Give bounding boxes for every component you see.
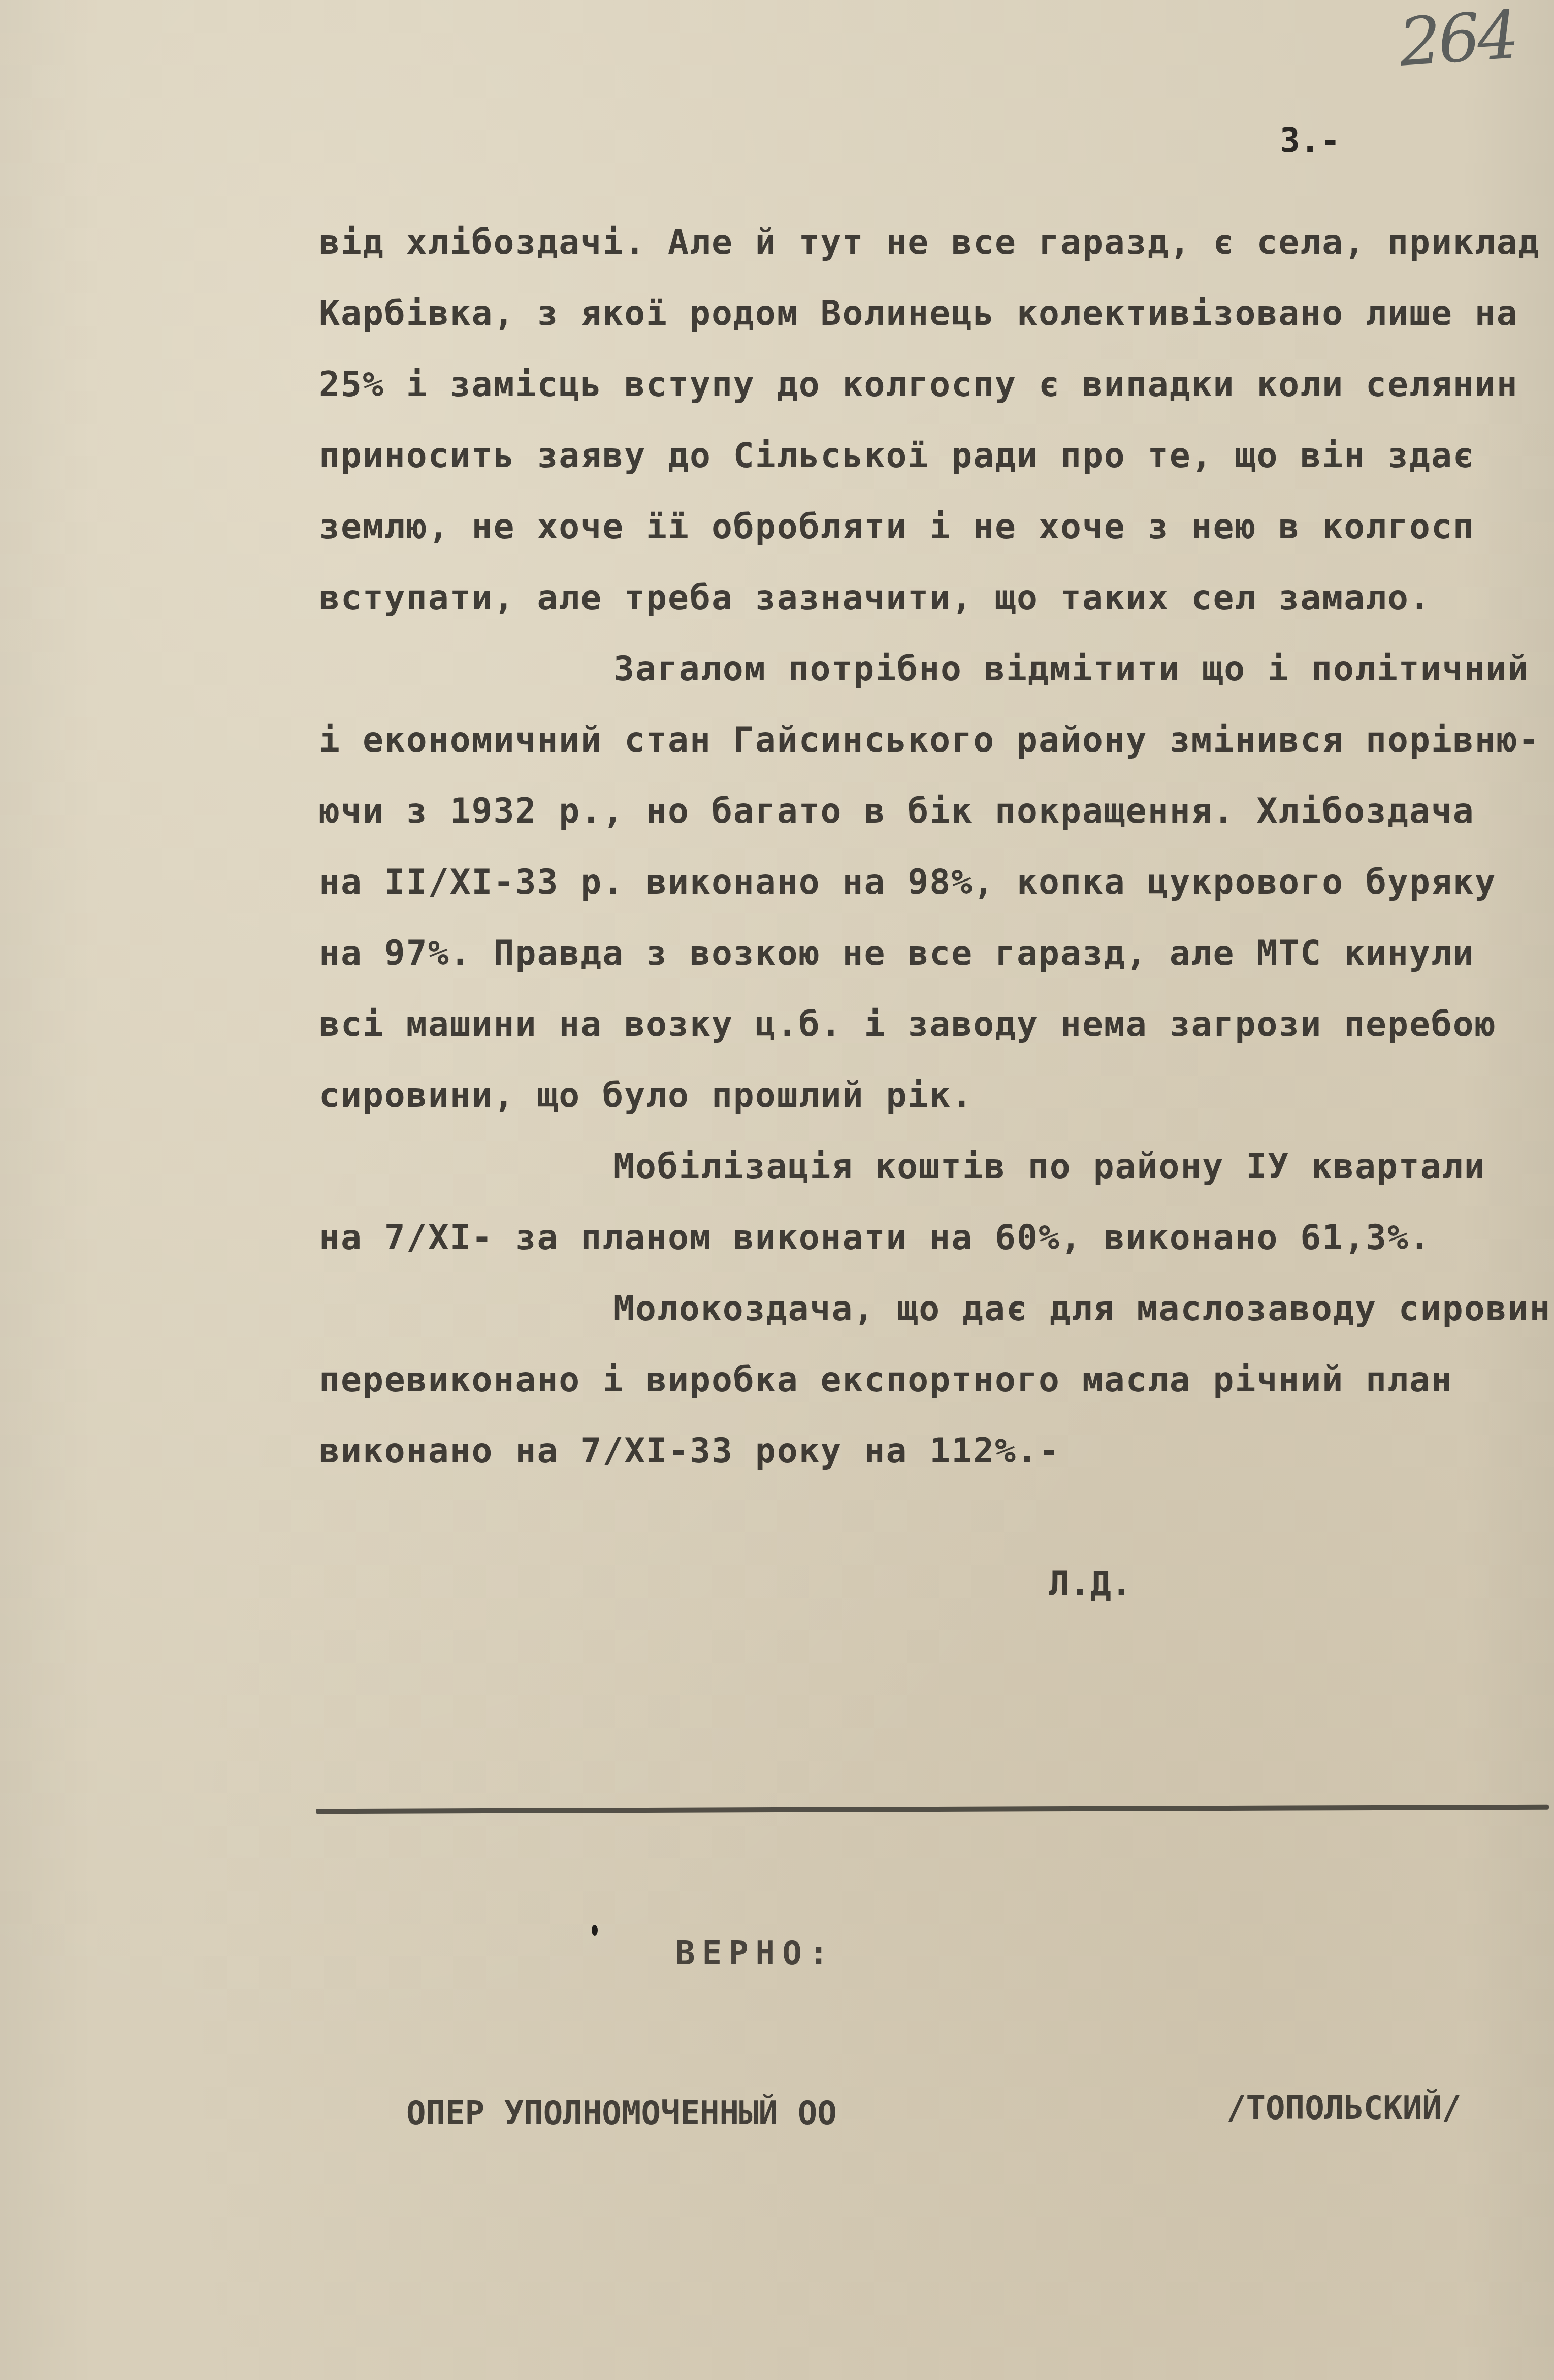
author-initials: Л.Д. [1049, 1564, 1132, 1604]
paragraph-start-line: Молокоздача, що дає для маслозаводу сиро… [319, 1274, 1554, 1345]
text-line: і економичний стан Гайсинського району з… [319, 705, 1554, 776]
text-line: всі машини на возку ц.б. і заводу нема з… [319, 989, 1554, 1060]
text-line: приносить заяву до Сільської ради про те… [319, 420, 1554, 492]
text-line: перевиконано і виробка експортного масла… [319, 1345, 1554, 1416]
signatory-name: /ТОПОЛЬСКИЙ/ [1226, 2090, 1461, 2127]
text-line: 25% і замісць вступу до колгоспу є випад… [319, 349, 1554, 420]
text-line: ючи з 1932 р., но багато в бік покращенн… [319, 776, 1554, 847]
text-line: виконано на 7/XI-33 року на 112%.- [319, 1416, 1554, 1487]
text-line: Карбівка, з якої родом Волинець колектив… [319, 278, 1554, 349]
text-line: на 97%. Правда з возкою не все гаразд, а… [319, 918, 1554, 989]
paragraph-start-line: Мобілізація коштів по району IУ квартали [319, 1131, 1554, 1202]
text-line: від хлібоздачі. Але й тут не все гаразд,… [319, 207, 1554, 278]
verification-label: ВЕРНО: [675, 1935, 835, 1972]
folio-number: 264 [1397, 0, 1518, 81]
document-body: від хлібоздачі. Але й тут не все гаразд,… [319, 207, 1554, 1487]
text-line: на 7/XI- за планом виконати на 60%, вико… [319, 1202, 1554, 1274]
text-line: на II/XI-33 р. виконано на 98%, копка цу… [319, 847, 1554, 918]
page-number: 3.- [1280, 121, 1340, 160]
ink-dot-mark [592, 1925, 598, 1936]
text-line: землю, не хоче її обробляти і не хоче з … [319, 492, 1554, 563]
paragraph-start-line: Загалом потрібно відмітити що і політичн… [319, 634, 1554, 705]
text-line: сировини, що було прошлий рік. [319, 1060, 1554, 1131]
signatory-title: ОПЕР УПОЛНОМОЧЕННЫЙ ОО [406, 2095, 837, 2132]
text-line: вступати, але треба зазначити, що таких … [319, 563, 1554, 634]
